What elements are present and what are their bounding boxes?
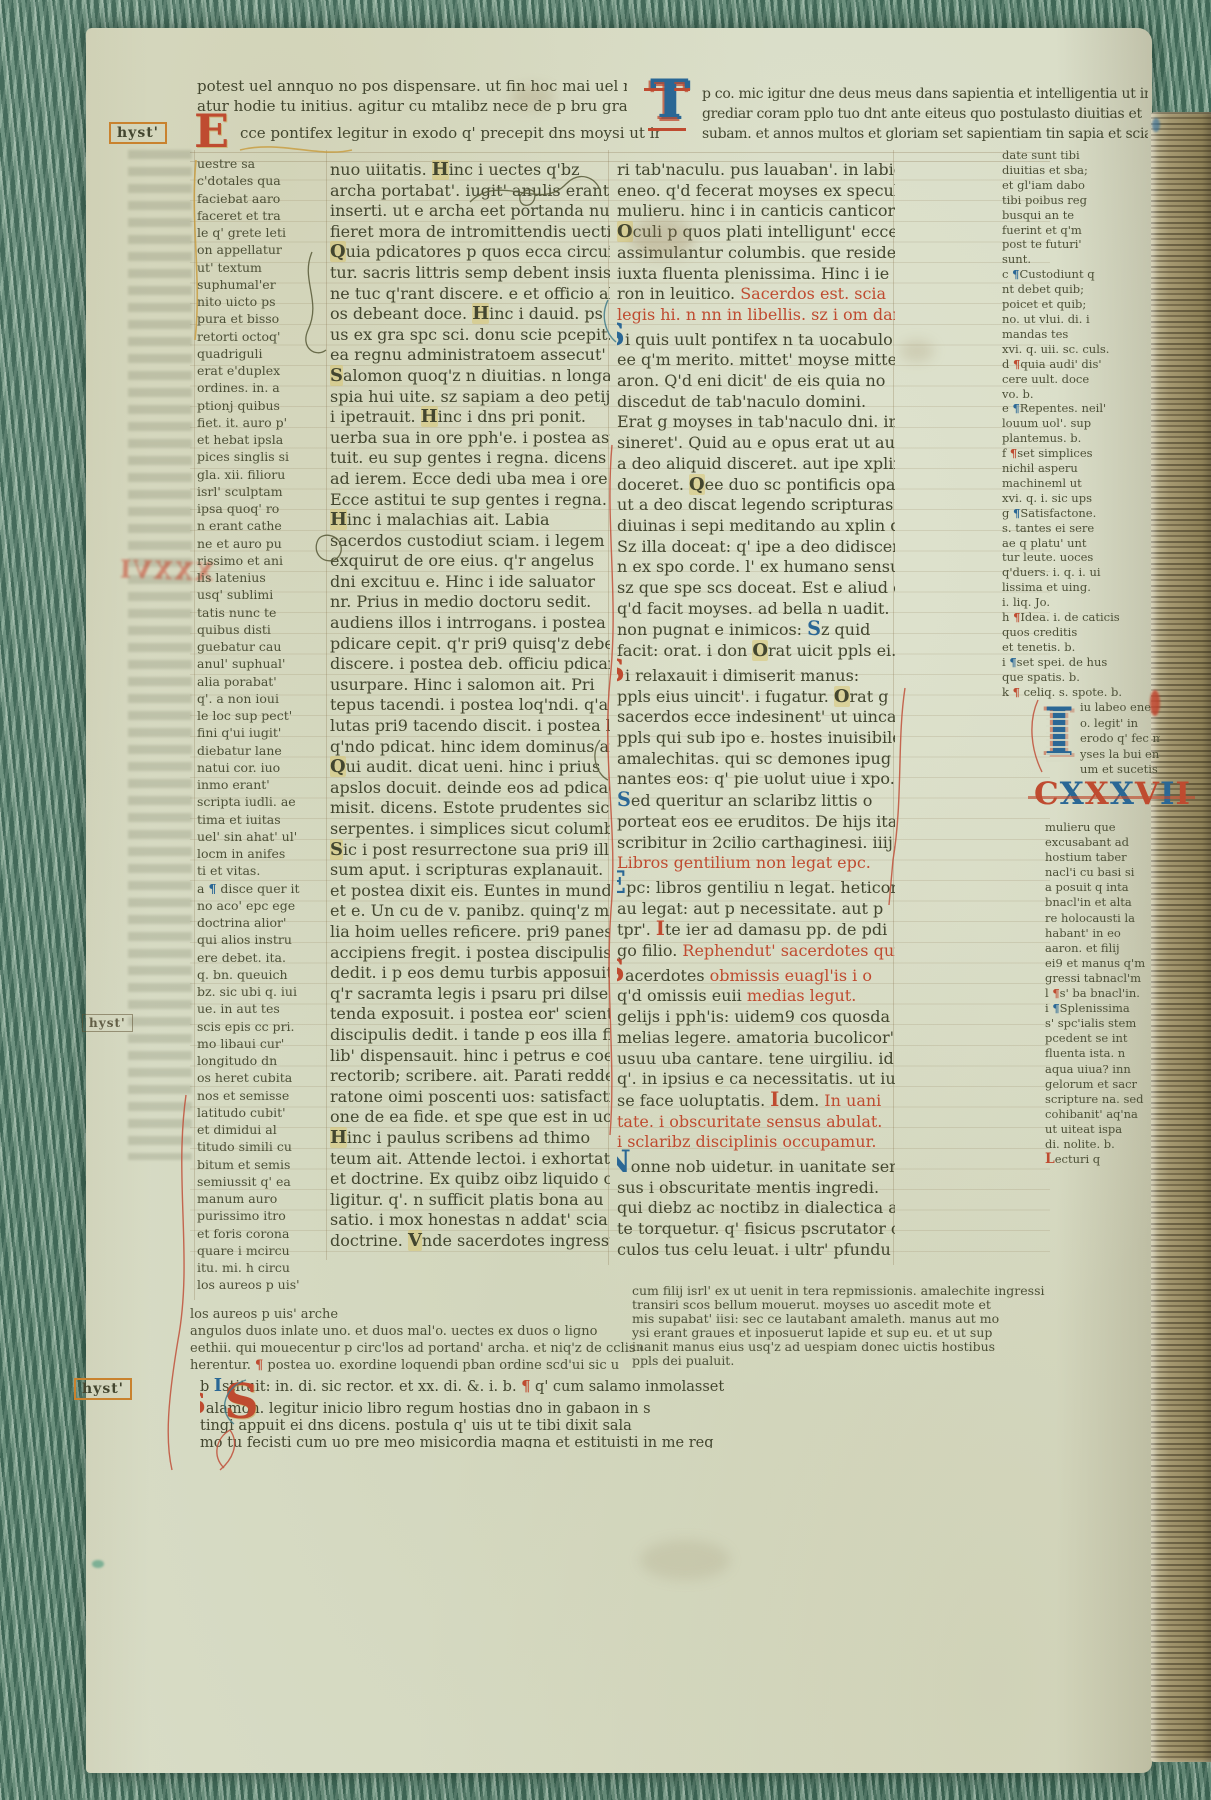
text-line: re holocausti la: [1045, 911, 1163, 926]
text-line: diuinas i sepi meditando au xplin doceat…: [617, 516, 895, 537]
decorated-initial-S: S: [224, 1378, 259, 1426]
text-line: usuu uba cantare. tene uirgiliu. id: [617, 1049, 895, 1070]
manuscript-photo: { "header": { "left_lines": [ "potest ue…: [0, 0, 1211, 1800]
text-segment: ¶: [1012, 401, 1019, 415]
text-line: dedit. i p eos demu turbis apposuit.: [330, 963, 610, 984]
text-segment: S: [330, 365, 343, 386]
text-line: guebatur cau: [197, 638, 319, 655]
text-line: o. legit' in: [1080, 716, 1160, 732]
text-segment: H: [472, 303, 489, 324]
text-line: qui diebz ac noctibz in dialectica ar: [617, 1198, 895, 1219]
text-line: Sz illa doceat: q' ipe a deo didiscerit: [617, 537, 895, 558]
text-line: h ¶Idea. i. de caticis: [1002, 610, 1154, 625]
text-segment: ¶: [1013, 506, 1020, 520]
text-line: retorti octoq': [197, 328, 319, 345]
text-line: uerba sua in ore pph'e. i postea asti: [330, 428, 610, 449]
text-line: Si quis uult pontifex n ta uocabulo: [617, 326, 895, 351]
header-right: p co. mic igitur dne deus meus dans sapi…: [702, 84, 1148, 144]
chapter-letter: I: [1175, 776, 1191, 812]
text-line: excusabant ad: [1045, 835, 1163, 850]
text-line: pices singlis si: [197, 448, 319, 465]
text-segment: H: [330, 1127, 347, 1148]
text-line: ppls eius uincit'. i fugatur. Orat g: [617, 687, 895, 708]
text-line: go filio. Rephendut' sacerdotes qui: [617, 941, 895, 962]
header-left: potest uel annquo no pos dispensare. ut …: [197, 76, 627, 116]
text-line: nt debet quib;: [1002, 282, 1154, 297]
text-line: no. ut vlui. di. i: [1002, 312, 1154, 327]
text-line: ppls dei pualuit.: [632, 1354, 1150, 1368]
main-text-column-2: ri tab'naculu. pus lauaban'. in labioene…: [617, 160, 895, 1260]
text-line: pdicare cepit. q'r pri9 quisq'z debet: [330, 634, 610, 655]
text-line: le loc sup pect': [197, 707, 319, 724]
text-line: e ¶Repentes. neil': [1002, 401, 1154, 416]
text-line: quare i mcircu: [197, 1242, 319, 1259]
blue-ink-blot: [1152, 118, 1160, 132]
text-line: tenda exposuit. i postea eor' scientia: [330, 1004, 610, 1025]
right-gloss-column-top: date sunt tibidiuitias et sba;et gl'iam …: [1002, 148, 1154, 700]
chapter-number: CXXXVII: [1034, 776, 1191, 812]
text-segment: In uani: [824, 1091, 881, 1110]
text-line: transiri scos bellum mouerut. moyses uo …: [632, 1298, 1150, 1312]
decorated-initial-T: T: [650, 74, 689, 126]
text-line: dni excituu e. Hinc i ide saluator: [330, 572, 610, 593]
text-line: los aureos p uis' arche: [190, 1306, 642, 1323]
text-line: ea regnu administratoem assecut' e.: [330, 345, 610, 366]
teal-mark: [92, 1560, 104, 1568]
text-line: ppls qui sub ipo e. hostes inuisibiles: [617, 728, 895, 749]
text-line: gelorum et sacr: [1045, 1077, 1163, 1092]
text-segment: S: [617, 317, 625, 353]
text-line: poicet et quib;: [1002, 297, 1154, 312]
chapter-letter: V: [1135, 776, 1160, 812]
text-line: bitum et semis: [197, 1156, 319, 1173]
text-line: Salamon. legitur inicio libro regum host…: [200, 1396, 1105, 1418]
chapter-letter: C: [1034, 776, 1060, 812]
text-line: ratone oimi poscenti uos: satisfacti: [330, 1087, 610, 1108]
text-segment: Q: [330, 241, 346, 262]
text-line: qui alios instru: [197, 931, 319, 948]
text-line: i ¶Splenissima: [1045, 1001, 1163, 1016]
text-line: mo libaui cur': [197, 1035, 319, 1052]
text-line: purissimo itro: [197, 1207, 319, 1224]
text-line: gla. xii. filioru: [197, 466, 319, 483]
text-line: fluenta ista. n: [1045, 1046, 1163, 1061]
text-line: sunt.: [1002, 252, 1154, 267]
text-line: aaron. et filij: [1045, 941, 1163, 956]
text-line: i sclaribz disciplinis occupamur.: [617, 1132, 895, 1153]
text-line: erat e'duplex: [197, 362, 319, 379]
text-line: ae q platu' unt: [1002, 536, 1154, 551]
parchment-stain: [900, 340, 934, 362]
text-line: os heret cubita: [197, 1069, 319, 1086]
text-line: satio. i mox honestas n addat' scia: [330, 1210, 610, 1231]
text-line: que spatis. b.: [1002, 670, 1154, 685]
text-line: cohibanit' aq'na: [1045, 1107, 1163, 1122]
header-line: p co. mic igitur dne deus meus dans sapi…: [702, 84, 1148, 104]
text-line: q'r sacramta legis i psaru pri dilse: [330, 984, 610, 1005]
text-line: cere uult. doce: [1002, 372, 1154, 387]
text-line: sineret'. Quid au e opus erat ut aut: [617, 433, 895, 454]
text-line: n erant cathe: [197, 517, 319, 534]
text-segment: S: [617, 953, 625, 989]
text-line: sz que spe scs doceat. Est e aliud op.: [617, 578, 895, 599]
text-segment: N: [617, 1144, 631, 1180]
text-line: eneo. q'd fecerat moyses ex speculis.: [617, 181, 895, 202]
text-line: et dimidui al: [197, 1121, 319, 1138]
text-line: Qui audit. dicat ueni. hinc i prius: [330, 757, 610, 778]
text-line: ne et auro pu: [197, 535, 319, 552]
text-line: scripture na. sed: [1045, 1092, 1163, 1107]
column-rule: [326, 150, 327, 1260]
text-line: os debeant doce. Hinc i dauid. ps: [330, 304, 610, 325]
text-line: ut' textum: [197, 259, 319, 276]
text-segment: ¶: [1013, 357, 1020, 371]
text-line: Hinc i paulus scribens ad thimo: [330, 1128, 610, 1149]
text-line: bz. sic ubi q. iui: [197, 983, 319, 1000]
text-segment: I: [214, 1378, 222, 1396]
text-segment: ¶: [1052, 1001, 1059, 1015]
text-line: no aco' epc ege: [197, 897, 319, 914]
text-line: sacerdos custodiut sciam. i legem: [330, 531, 610, 552]
text-line: s' spc'ialis stem: [1045, 1016, 1163, 1031]
text-line: doceret. Qee duo sc pontificis opa.: [617, 475, 895, 496]
text-line: fini q'ui iugit': [197, 724, 319, 741]
text-line: mandas tes: [1002, 327, 1154, 342]
text-line: ne tuc q'rant discere. e et officio ali: [330, 284, 610, 305]
text-line: n ex spo corde. l' ex humano sensu.: [617, 557, 895, 578]
text-line: a ¶ disce quer it: [197, 880, 319, 897]
text-line: au legat: aut p necessitate. aut p: [617, 899, 895, 920]
text-segment: ¶: [1009, 655, 1016, 669]
text-line: facit: orat. i don Orat uicit ppls ei.: [617, 641, 895, 662]
text-line: fiet. it. auro p': [197, 414, 319, 431]
bottom-right-text-block: cum filij isrl' ex ut uenit in tera repm…: [632, 1284, 1150, 1370]
text-line: i. liq. Jo.: [1002, 595, 1154, 610]
text-line: xvi. q. uii. sc. culs.: [1002, 342, 1154, 357]
main-text-column-1: nuo uiitatis. Hinc i uectes q'bzarcha po…: [330, 160, 610, 1255]
text-line: ptionj quibus: [197, 397, 319, 414]
text-segment: obmissis euagl'is i o: [710, 966, 872, 985]
text-segment: ¶: [1013, 685, 1020, 699]
text-line: i ipetrauit. Hinc i dns pri ponit.: [330, 407, 610, 428]
chapter-letter: X: [1085, 776, 1110, 812]
text-line: c ¶Custodiunt q: [1002, 267, 1154, 282]
text-line: aqua uiua? inn: [1045, 1062, 1163, 1077]
text-segment: ¶: [1012, 267, 1019, 281]
text-line: quadriguli: [197, 345, 319, 362]
text-line: inserti. ut e archa eet portanda nulla: [330, 201, 610, 222]
text-line: faciebat aaro: [197, 190, 319, 207]
text-line: et foris corona: [197, 1225, 319, 1242]
text-segment: Libros gentilium non legat epc.: [617, 853, 871, 872]
text-line: tpr'. Ite ier ad damasu pp. de pdi: [617, 919, 895, 941]
text-line: ue. in aut tes: [197, 1000, 319, 1017]
text-line: nos et semisse: [197, 1087, 319, 1104]
text-line: ut uiteat ispa: [1045, 1122, 1163, 1137]
bottom-left-text-block: b Istituit: in. di. sic rector. et xx. d…: [200, 1378, 1105, 1448]
text-line: anul' suphual': [197, 655, 319, 672]
text-line: misit. dicens. Estote prudentes sicut: [330, 798, 610, 819]
gloss-tail-block: los aureos p uis' archeangulos duos inla…: [190, 1306, 642, 1376]
text-line: ron in leuitico. Sacerdos est. scia: [617, 284, 895, 305]
text-line: longitudo dn: [197, 1052, 319, 1069]
text-line: one de ea fide. et spe que est in uobis.: [330, 1107, 610, 1128]
text-line: tur. sacris littris semp debent insiste.: [330, 263, 610, 284]
text-segment: ¶: [1013, 610, 1020, 624]
text-segment: S: [617, 788, 631, 811]
text-line: isrl' sculptam: [197, 483, 319, 500]
text-line: quos creditis: [1002, 625, 1154, 640]
text-line: q'. in ipsius e ca necessitatis. ut ium: [617, 1069, 895, 1090]
text-line: Si relaxauit i dimiserit manus:: [617, 662, 895, 687]
text-line: exquirut de ore eius. q'r angelus: [330, 551, 610, 572]
text-line: g ¶Satisfactone.: [1002, 506, 1154, 521]
text-line: nuo uiitatis. Hinc i uectes q'bz: [330, 160, 610, 181]
text-line: spia hui uite. sz sapiam a deo petijt.: [330, 387, 610, 408]
text-line: erodo q' fec mo: [1080, 731, 1160, 747]
text-line: q'd facit moyses. ad bella n uadit.: [617, 599, 895, 620]
text-line: mulieru que: [1045, 820, 1163, 835]
incipit-line: cce pontifex legitur in exodo q' precepi…: [240, 124, 660, 142]
text-line: discipulis dedit. i tande p eos illa fid…: [330, 1025, 610, 1046]
text-line: audiens illos i intrrogans. i postea: [330, 613, 610, 634]
text-line: tima et iuitas: [197, 811, 319, 828]
text-line: uel' sin ahat' ul': [197, 828, 319, 845]
text-line: rissimo et ani: [197, 552, 319, 569]
text-line: et doctrine. Ex quibz oibz liquido col: [330, 1169, 610, 1190]
text-line: scribitur in 2cilio carthaginesi. iiij.: [617, 833, 895, 854]
text-line: q'. a non ioui: [197, 690, 319, 707]
text-line: b Istituit: in. di. sic rector. et xx. d…: [200, 1378, 1105, 1396]
text-line: alia porabat': [197, 673, 319, 690]
text-line: xvi. q. i. sic ups: [1002, 491, 1154, 506]
text-line: non pugnat e inimicos: Sz quid: [617, 619, 895, 641]
header-line: subam. et annos multos et gloriam set sa…: [702, 124, 1148, 144]
text-segment: Q: [689, 474, 705, 495]
text-line: di. nolite. b.: [1045, 1137, 1163, 1152]
text-line: q. bn. queuich: [197, 966, 319, 983]
text-line: sum aput. i scripturas explanauit.: [330, 860, 610, 881]
header-line: potest uel annquo no pos dispensare. ut …: [197, 76, 627, 96]
decorated-initial-E: E: [194, 108, 229, 154]
text-line: ordines. in. a: [197, 379, 319, 396]
parchment-stain: [640, 1540, 730, 1580]
text-line: ere debet. ita.: [197, 949, 319, 966]
header-rule: [190, 152, 1050, 153]
text-line: pura et bisso: [197, 310, 319, 327]
text-line: lutas pri9 tacendo discit. i postea lo: [330, 716, 610, 737]
text-line: tibi poibus reg: [1002, 193, 1154, 208]
text-line: c'dotales qua: [197, 172, 319, 189]
text-line: et gl'iam dabo: [1002, 178, 1154, 193]
text-line: nr. Prius in medio doctoru sedit.: [330, 592, 610, 613]
text-line: lib' dispensauit. hinc i petrus e coe: [330, 1046, 610, 1067]
text-line: et e. Un cu de v. panibz. quinq'z mi: [330, 901, 610, 922]
text-line: le q' grete leti: [197, 224, 319, 241]
text-line: lissima et uing.: [1002, 580, 1154, 595]
text-line: sacerdos ecce indesinent' ut uincat: [617, 707, 895, 728]
text-line: a posuit q inta: [1045, 880, 1163, 895]
text-line: tate. i obscuritate sensus abulat.: [617, 1112, 895, 1133]
text-line: louum uol'. sup: [1002, 416, 1154, 431]
text-line: discere. i postea deb. officiu pdicandi: [330, 654, 610, 675]
text-line: Sacerdotes obmissis euagl'is i o: [617, 962, 895, 987]
text-line: angulos duos inlate uno. et duos mal'o. …: [190, 1323, 642, 1340]
text-line: nacl'i cu basi si: [1045, 865, 1163, 880]
text-line: hostium taber: [1045, 850, 1163, 865]
text-line: amalechitas. qui sc demones ipug: [617, 749, 895, 770]
text-line: on appellatur: [197, 241, 319, 258]
text-line: semiussit q' ea: [197, 1173, 319, 1190]
text-line: ut a deo discat legendo scripturas i: [617, 495, 895, 516]
text-line: mo tu fecisti cum uo pre meo misicordia …: [200, 1435, 1105, 1448]
text-segment: H: [432, 160, 449, 180]
text-segment: I: [656, 917, 665, 940]
text-line: quibus disti: [197, 621, 319, 638]
text-line: ad ierem. Ecce dedi uba mea i ore tuo.: [330, 469, 610, 490]
text-line: q'ndo pdicat. hinc idem dominus ait.: [330, 737, 610, 758]
text-line: f ¶set simplices: [1002, 446, 1154, 461]
text-segment: I: [770, 1088, 779, 1111]
text-line: ei9 et manus q'm: [1045, 956, 1163, 971]
text-line: accipiens fregit. i postea discipulis: [330, 943, 610, 964]
text-line: te torquetur. q' fisicus pscrutator o: [617, 1219, 895, 1240]
text-line: Ecce astitui te sup gentes i regna. et e…: [330, 490, 610, 511]
header-line: atur hodie tu initius. agitur cu mtalibz…: [197, 96, 627, 116]
text-segment: i sclaribz disciplinis occupamur.: [617, 1132, 877, 1151]
text-line: l ¶s' ba bnacl'in.: [1045, 986, 1163, 1001]
text-segment: S: [330, 839, 343, 860]
text-line: titudo simili cu: [197, 1138, 319, 1155]
text-line: tur leute. uoces: [1002, 550, 1154, 565]
text-line: i ¶set spei. de hus: [1002, 655, 1154, 670]
text-line: faceret et tra: [197, 207, 319, 224]
text-line: ee q'm merito. mittet' moyse mitte a: [617, 350, 895, 371]
text-line: manum auro: [197, 1190, 319, 1207]
text-line: gelijs i pph'is: uidem9 cos quosda: [617, 1007, 895, 1028]
text-line: busqui an te: [1002, 208, 1154, 223]
text-line: melias legere. amatoria bucolicor': [617, 1028, 895, 1049]
text-segment: V: [408, 1230, 422, 1251]
text-segment: S: [807, 617, 821, 640]
text-line: Salomon quoq'z n diuitias. n longa: [330, 366, 610, 387]
text-line: natui cor. iuo: [197, 759, 319, 776]
text-line: archa portabat'. iugit' anulis erant: [330, 181, 610, 202]
text-line: inanit manus eius usq'z ad uespiam donec…: [632, 1340, 1150, 1354]
text-segment: ¶: [255, 1358, 263, 1373]
text-line: Erat g moyses in tab'naculo dni. inde: [617, 412, 895, 433]
text-line: serpentes. i simplices sicut columbe.: [330, 819, 610, 840]
text-line: pcedent se int: [1045, 1031, 1163, 1046]
text-segment: ¶: [208, 881, 216, 896]
text-line: cum filij isrl' ex ut uenit in tera repm…: [632, 1284, 1150, 1298]
text-segment: H: [421, 406, 438, 427]
text-line: aron. Q'd eni dicit' de eis quia no: [617, 371, 895, 392]
text-segment: L: [1045, 1151, 1055, 1167]
text-line: Lecturi q: [1045, 1152, 1163, 1167]
text-line: q'duers. i. q. i. ui: [1002, 565, 1154, 580]
text-segment: Q: [330, 756, 346, 777]
parchment-stain: [510, 86, 554, 110]
text-line: itu. mi. h circu: [197, 1259, 319, 1276]
text-line: ri tab'naculu. pus lauaban'. in labio: [617, 160, 895, 181]
text-segment: O: [752, 640, 768, 661]
text-line: doctrine. Vnde sacerdotes ingressu: [330, 1231, 610, 1252]
text-line: Nonne nob uidetur. in uanitate sen: [617, 1153, 895, 1178]
text-line: scripta iudli. ae: [197, 793, 319, 810]
text-line: apslos docuit. deinde eos ad pdicadu: [330, 778, 610, 799]
text-segment: ¶: [521, 1378, 530, 1395]
show-through-text: [128, 150, 192, 1160]
marginal-label-hyst-top: hyst': [109, 122, 167, 144]
text-line: Epc: libros gentiliu n legat. heticor': [617, 874, 895, 899]
text-line: ysi erant graues et inposuerut lapide et…: [632, 1326, 1150, 1340]
text-line: ti et vitas.: [197, 862, 319, 879]
text-line: et postea dixit eis. Euntes in mundu.: [330, 881, 610, 902]
text-line: s. tantes ei sere: [1002, 521, 1154, 536]
text-line: Libros gentilium non legat epc.: [617, 853, 895, 874]
chapter-letter: X: [1110, 776, 1135, 812]
text-line: vo. b.: [1002, 387, 1154, 402]
text-line: scis epis cc pri.: [197, 1018, 319, 1035]
text-line: tuit. eu sup gentes i regna. dicens: [330, 448, 610, 469]
text-line: se face uoluptatis. Idem. In uani: [617, 1090, 895, 1112]
parchment-stain: [630, 218, 694, 258]
text-line: bnacl'in et alta: [1045, 895, 1163, 910]
text-segment: Rephendut' sacerdotes qui: [682, 941, 895, 960]
text-line: locm in anifes: [197, 845, 319, 862]
text-line: et tenetis. b.: [1002, 640, 1154, 655]
text-line: inmo erant': [197, 776, 319, 793]
text-line: culos tus celu leuat. i ultr' pfundu: [617, 1240, 895, 1260]
right-gloss-column-bottom: mulieru queexcusabant adhostium tabernac…: [1045, 820, 1163, 1170]
text-line: k ¶ celiq. s. spote. b.: [1002, 685, 1154, 700]
text-segment: H: [330, 509, 347, 530]
text-line: gressi tabnacl'm: [1045, 971, 1163, 986]
text-segment: tate. i obscuritate sensus abulat.: [617, 1112, 882, 1131]
text-line: nichil asperu: [1002, 461, 1154, 476]
chapter-letter: X: [1060, 776, 1085, 812]
text-line: sus i obscuritate mentis ingredi.: [617, 1178, 895, 1199]
text-line: fieret mora de intromittendis uectibz.: [330, 222, 610, 243]
text-segment: O: [834, 686, 850, 707]
text-line: rectorib; scribere. ait. Parati redde: [330, 1066, 610, 1087]
text-segment: E: [617, 865, 626, 901]
text-line: iuxta fluenta plenissima. Hinc i ie: [617, 264, 895, 285]
right-gloss-initial-entry: iu labeo eneo. legit' inerodo q' fec moy…: [1080, 700, 1160, 778]
text-line: Sed queritur an sclaribz littis o: [617, 790, 895, 812]
text-line: eethii. qui mouecentur p circ'los ad por…: [190, 1340, 642, 1357]
text-line: diuitias et sba;: [1002, 163, 1154, 178]
text-line: Sic i post resurrectone sua pri9 ill' se…: [330, 840, 610, 861]
marginal-label-hyst-middle: hyst': [82, 1014, 133, 1032]
text-line: Hinc i malachias ait. Labia: [330, 510, 610, 531]
text-line: et hebat ipsla: [197, 431, 319, 448]
text-line: nito uicto ps: [197, 293, 319, 310]
text-line: tepus tacendi. i postea loq'ndi. q'a: [330, 695, 610, 716]
text-line: ipsa quoq' ro: [197, 500, 319, 517]
text-line: usurpare. Hinc i salomon ait. Pri: [330, 675, 610, 696]
text-line: post te futuri': [1002, 237, 1154, 252]
text-segment: ¶: [1052, 986, 1059, 1000]
left-gloss-column: uestre sac'dotales quafaciebat aarofacer…: [197, 155, 319, 1297]
text-line: lis latenius: [197, 569, 319, 586]
text-line: tatis nunc te: [197, 604, 319, 621]
text-line: legis hi. n nn in libellis. sz i om dare…: [617, 305, 895, 326]
header-line: grediar coram pplo tuo dnt ante eiteus q…: [702, 104, 1148, 124]
text-line: fuerint et q'm: [1002, 223, 1154, 238]
text-line: nantes eos: q' pie uolut uiue i xpo.: [617, 769, 895, 790]
